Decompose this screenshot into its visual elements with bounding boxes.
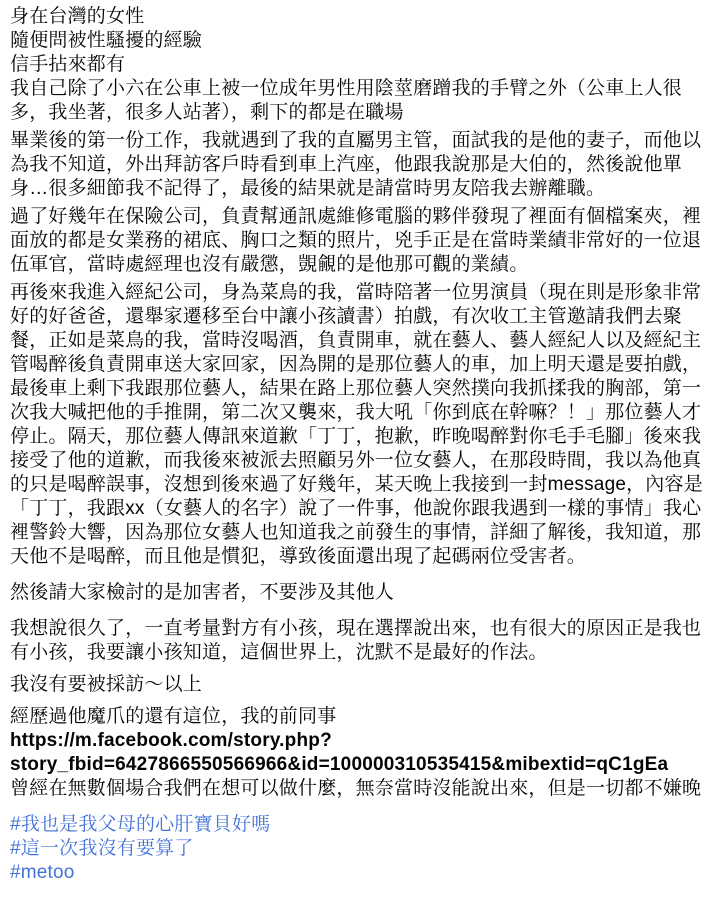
hashtag-metoo[interactable]: #metoo [10, 861, 710, 885]
paragraph-agency-incident: 再後來我進入經紀公司，身為菜鳥的我，當時陪著一位男演員（現在則是形象非常好的好爸… [10, 281, 710, 569]
paragraph-reason-for-speaking: 我想說很久了，一直考量對方有小孩，現在選擇說出來，也有很大的原因正是我也有小孩，… [10, 617, 710, 665]
post-intro: 身在台灣的女性 隨便問被性騷擾的經驗 信手拈來都有 我自己除了小六在公車上被一位… [10, 5, 710, 125]
hashtag-not-letting-go[interactable]: #這一次我沒有要算了 [10, 837, 710, 861]
facebook-story-link-line1[interactable]: https://m.facebook.com/story.php? [10, 729, 710, 753]
hashtag-parents-treasure[interactable]: #我也是我父母的心肝寶貝好嗎 [10, 813, 710, 837]
post-body: 身在台灣的女性 隨便問被性騷擾的經驗 信手拈來都有 我自己除了小六在公車上被一位… [0, 0, 720, 898]
paragraph-first-job: 畢業後的第一份工作，我就遇到了我的直屬男主管，面試我的是他的妻子，而他以為我不知… [10, 129, 710, 201]
paragraph-closing: 曾經在無數個場合我們在想可以做什麼，無奈當時沒能說出來，但是一切都不嫌晚 [10, 777, 710, 801]
paragraph-no-interview: 我沒有要被採訪～以上 [10, 673, 710, 697]
facebook-story-link[interactable]: https://m.facebook.com/story.php? story_… [10, 729, 710, 777]
facebook-story-link-line2[interactable]: story_fbid=6427866550566966&id=100000310… [10, 753, 710, 777]
paragraph-former-colleague: 經歷過他魔爪的還有這位，我的前同事 [10, 705, 710, 729]
hashtag-list: #我也是我父母的心肝寶貝好嗎 #這一次我沒有要算了 #metoo [10, 813, 710, 885]
paragraph-discuss-perpetrator: 然後請大家檢討的是加害者，不要涉及其他人 [10, 581, 710, 605]
paragraph-insurance-company: 過了好幾年在保險公司，負責幫通訊處維修電腦的夥伴發現了裡面有個檔案夾，裡面放的都… [10, 205, 710, 277]
